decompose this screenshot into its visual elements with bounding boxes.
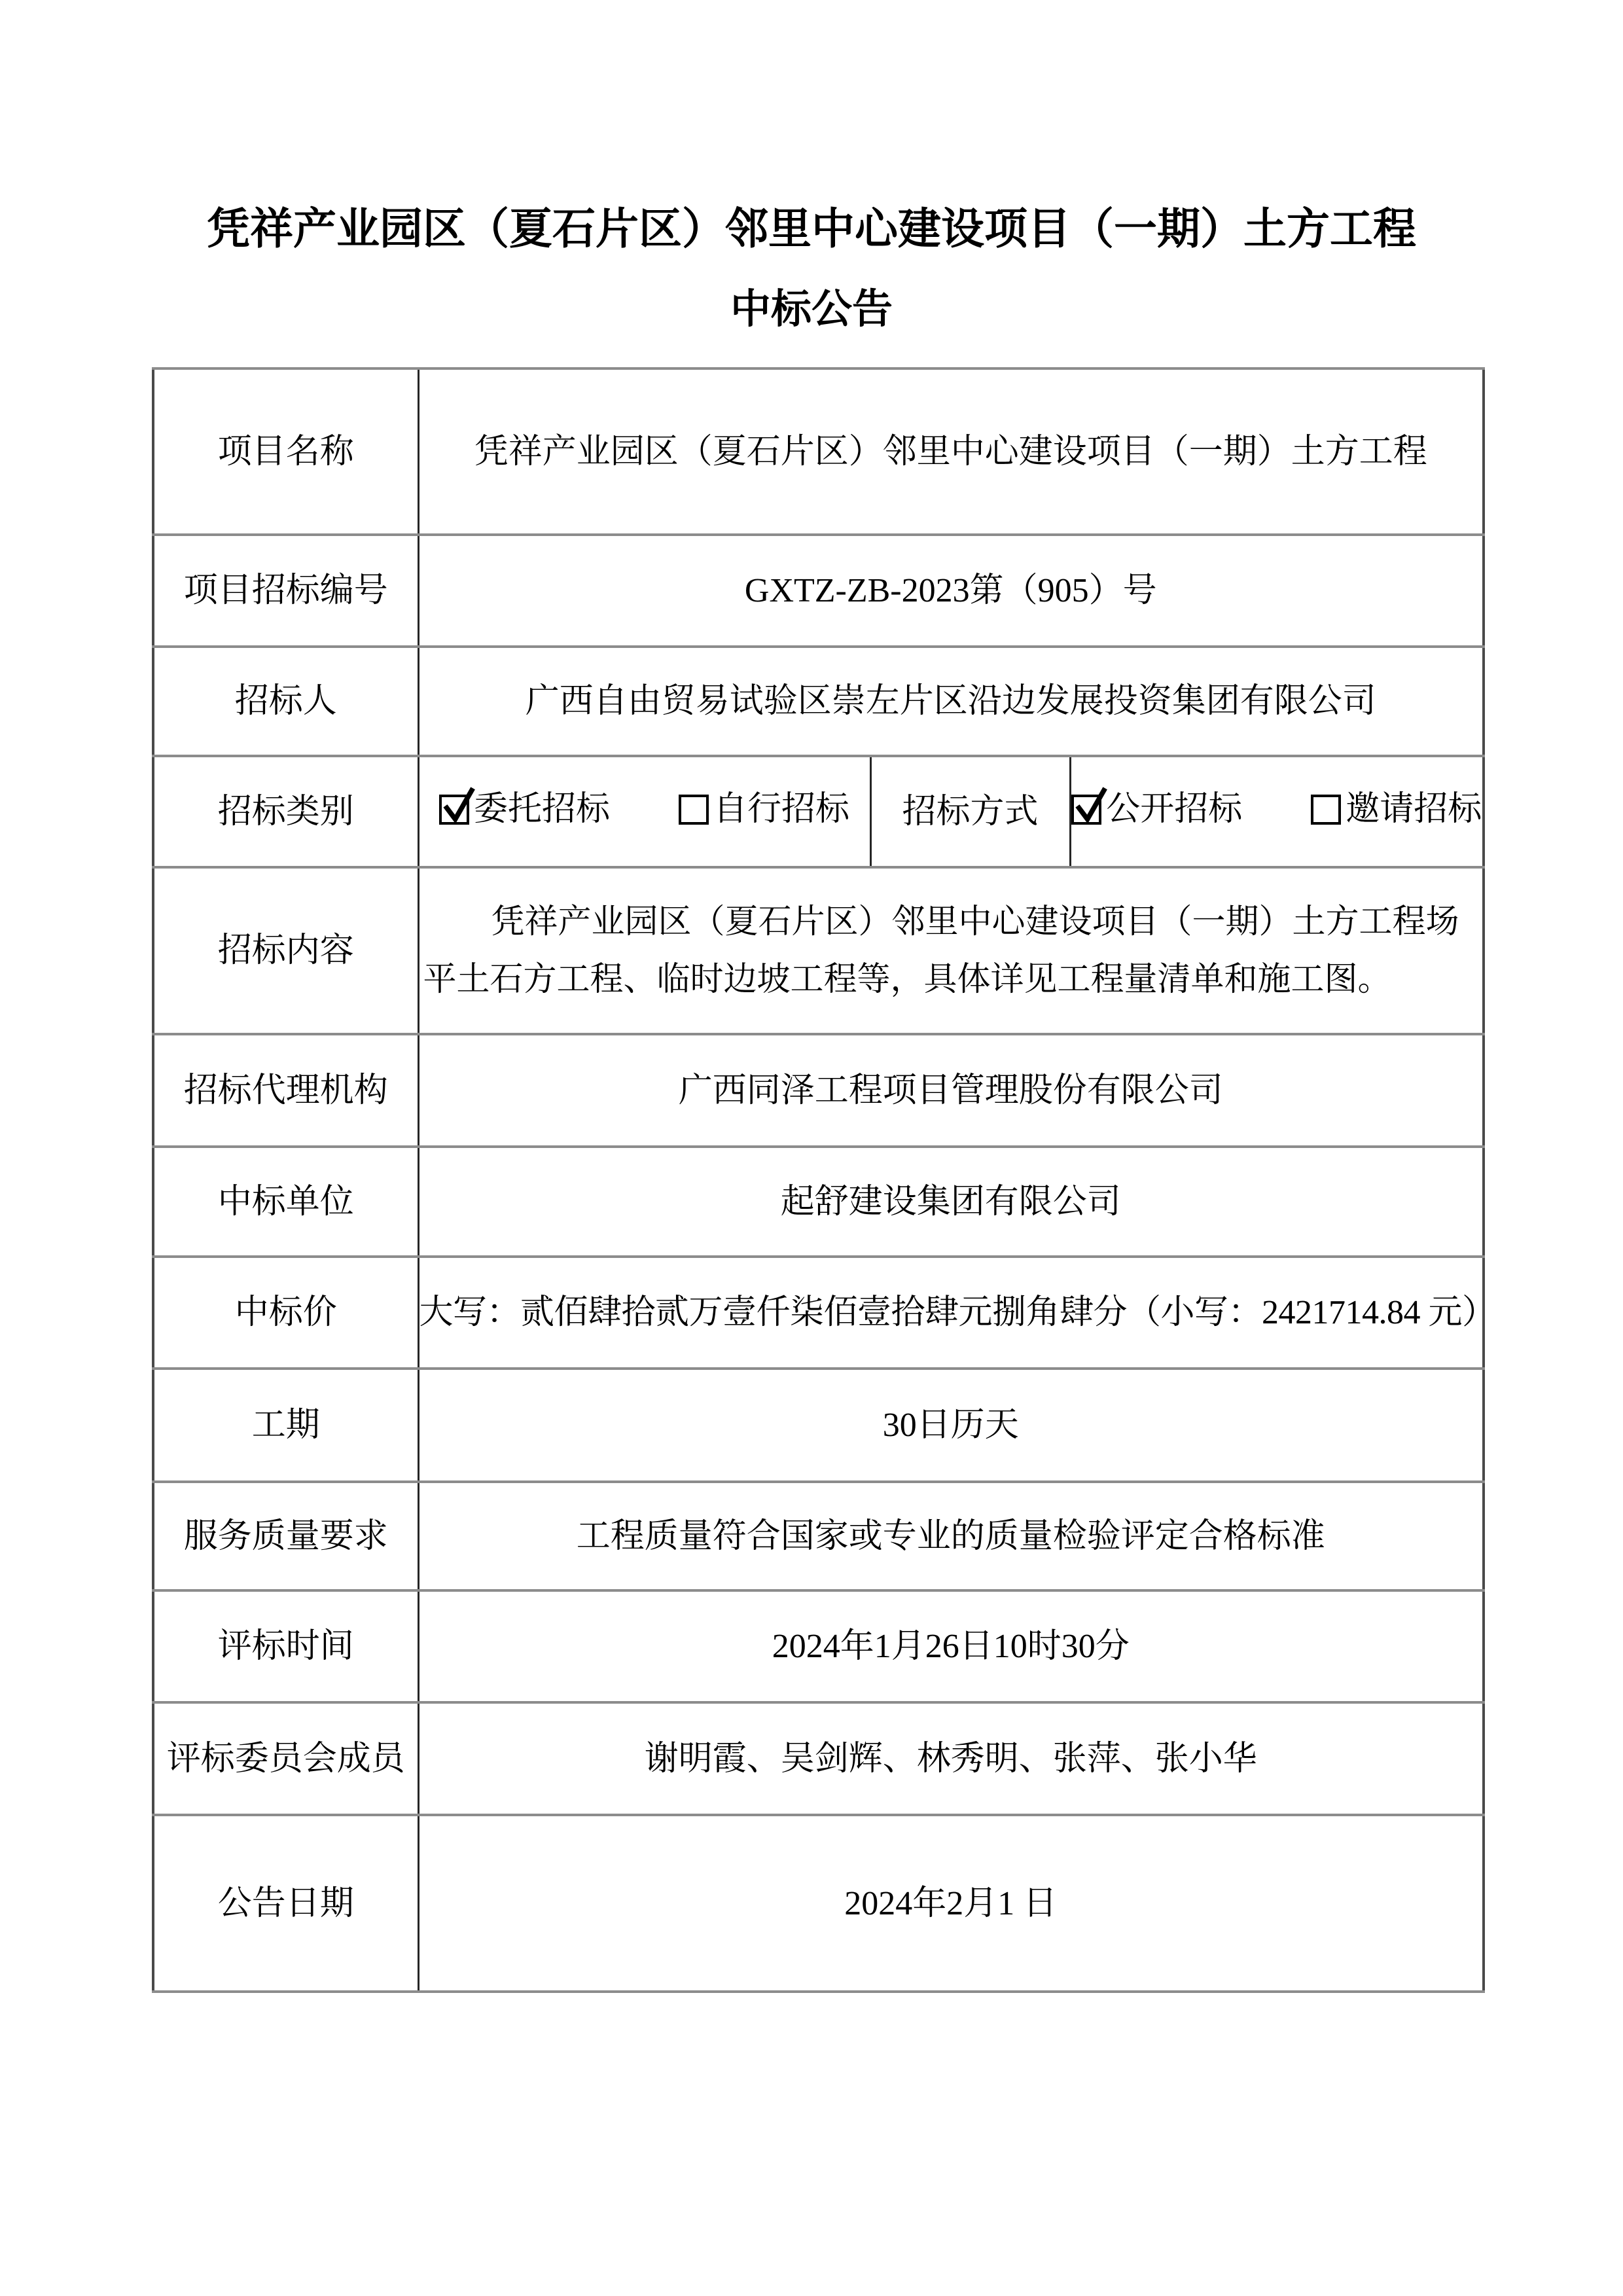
label-project-name: 项目名称 — [153, 368, 418, 535]
value-duration: 30日历天 — [418, 1369, 1484, 1482]
option-entrust-bidding: 委托招标 — [439, 788, 610, 831]
checkbox-unchecked-icon[interactable] — [1311, 795, 1341, 825]
table-row-committee: 评标委员会成员 谢明霞、吴剑辉、林秀明、张萍、张小华 — [153, 1702, 1484, 1815]
checkbox-unchecked-icon[interactable] — [679, 795, 709, 825]
document-title-line2: 中标公告 — [0, 289, 1623, 330]
value-eval-time: 2024年1月26日10时30分 — [418, 1590, 1484, 1702]
table-row-winner: 中标单位 起舒建设集团有限公司 — [153, 1147, 1484, 1257]
option-self-label: 自行招标 — [713, 788, 849, 831]
table-row-agency: 招标代理机构 广西同泽工程项目管理股份有限公司 — [153, 1034, 1484, 1147]
option-self-bidding: 自行招标 — [679, 788, 849, 831]
value-project-name: 凭祥产业园区（夏石片区）邻里中心建设项目（一期）土方工程 — [418, 368, 1484, 535]
option-open-bidding: 公开招标 — [1071, 788, 1242, 831]
label-quality: 服务质量要求 — [153, 1482, 418, 1590]
option-open-label: 公开招标 — [1106, 788, 1242, 831]
value-announce-date: 2024年2月1 日 — [418, 1815, 1484, 1992]
announcement-table-container: 项目名称 凭祥产业园区（夏石片区）邻里中心建设项目（一期）土方工程 项目招标编号… — [152, 367, 1623, 1993]
table-row-tenderer: 招标人 广西自由贸易试验区崇左片区沿边发展投资集团有限公司 — [153, 647, 1484, 756]
option-invite-label: 邀请招标 — [1346, 788, 1482, 831]
value-committee: 谢明霞、吴剑辉、林秀明、张萍、张小华 — [418, 1702, 1484, 1815]
value-agency: 广西同泽工程项目管理股份有限公司 — [418, 1034, 1484, 1147]
table-row-duration: 工期 30日历天 — [153, 1369, 1484, 1482]
announcement-table: 项目名称 凭祥产业园区（夏石片区）邻里中心建设项目（一期）土方工程 项目招标编号… — [152, 367, 1485, 1993]
option-entrust-label: 委托招标 — [474, 788, 610, 831]
table-row-quality: 服务质量要求 工程质量符合国家或专业的质量检验评定合格标准 — [153, 1482, 1484, 1590]
table-row-bid-content: 招标内容 凭祥产业园区（夏石片区）邻里中心建设项目（一期）土方工程场平土石方工程… — [153, 867, 1484, 1034]
value-price: 大写：贰佰肆拾贰万壹仟柒佰壹拾肆元捌角肆分（小写：2421714.84 元） — [418, 1257, 1484, 1369]
value-bid-content: 凭祥产业园区（夏石片区）邻里中心建设项目（一期）土方工程场平土石方工程、临时边坡… — [418, 867, 1484, 1034]
label-winner: 中标单位 — [153, 1147, 418, 1257]
checkbox-checked-icon[interactable] — [1071, 795, 1101, 825]
table-row-price: 中标价 大写：贰佰肆拾贰万壹仟柒佰壹拾肆元捌角肆分（小写：2421714.84 … — [153, 1257, 1484, 1369]
label-tenderer: 招标人 — [153, 647, 418, 756]
label-bid-content: 招标内容 — [153, 867, 418, 1034]
table-row-eval-time: 评标时间 2024年1月26日10时30分 — [153, 1590, 1484, 1702]
label-eval-time: 评标时间 — [153, 1590, 418, 1702]
bid-method-options-cell: 公开招标 邀请招标 — [1070, 756, 1484, 867]
table-row-announce-date: 公告日期 2024年2月1 日 — [153, 1815, 1484, 1992]
value-bid-number: GXTZ-ZB-2023第（905）号 — [418, 535, 1484, 647]
label-bid-number: 项目招标编号 — [153, 535, 418, 647]
table-row-bid-number: 项目招标编号 GXTZ-ZB-2023第（905）号 — [153, 535, 1484, 647]
option-invite-bidding: 邀请招标 — [1311, 788, 1482, 831]
label-bid-method: 招标方式 — [870, 756, 1070, 867]
label-price: 中标价 — [153, 1257, 418, 1369]
table-row-project-name: 项目名称 凭祥产业园区（夏石片区）邻里中心建设项目（一期）土方工程 — [153, 368, 1484, 535]
bid-category-options-cell: 委托招标 自行招标 — [418, 756, 870, 867]
document-title-line1: 凭祥产业园区（夏石片区）邻里中心建设项目（一期）土方工程 — [0, 0, 1623, 251]
label-duration: 工期 — [153, 1369, 418, 1482]
value-tenderer: 广西自由贸易试验区崇左片区沿边发展投资集团有限公司 — [418, 647, 1484, 756]
value-winner: 起舒建设集团有限公司 — [418, 1147, 1484, 1257]
document-page: 凭祥产业园区（夏石片区）邻里中心建设项目（一期）土方工程 中标公告 项目名称 凭… — [0, 0, 1623, 2296]
label-committee: 评标委员会成员 — [153, 1702, 418, 1815]
label-bid-category: 招标类别 — [153, 756, 418, 867]
label-agency: 招标代理机构 — [153, 1034, 418, 1147]
bid-content-text: 凭祥产业园区（夏石片区）邻里中心建设项目（一期）土方工程场平土石方工程、临时边坡… — [419, 893, 1483, 1009]
table-row-bid-category: 招标类别 委托招标 自行招标 招标方式 — [153, 756, 1484, 867]
label-announce-date: 公告日期 — [153, 1815, 418, 1992]
checkbox-checked-icon[interactable] — [439, 795, 469, 825]
value-quality: 工程质量符合国家或专业的质量检验评定合格标准 — [418, 1482, 1484, 1590]
